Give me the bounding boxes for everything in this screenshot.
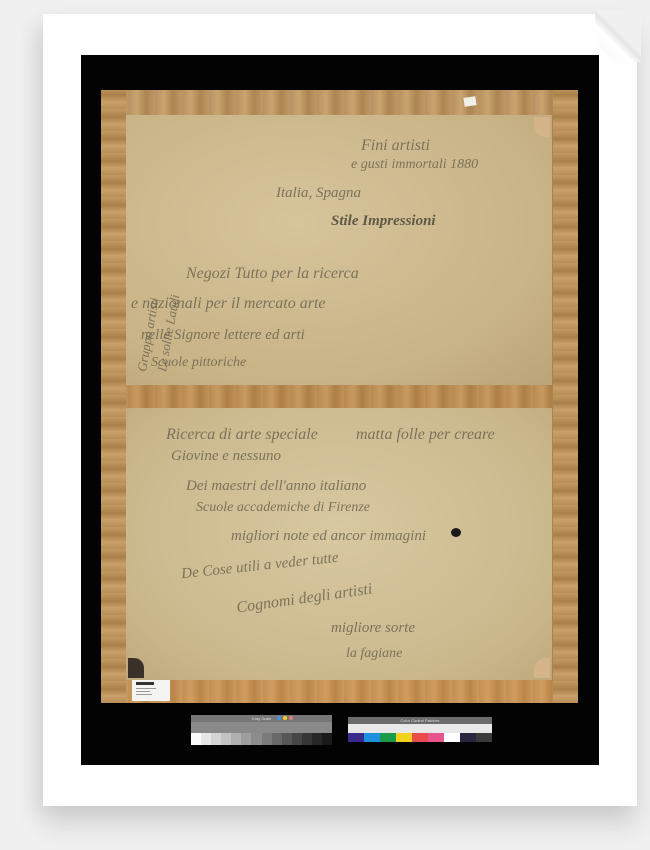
- inscription: Dei maestri dell'anno italiano: [186, 478, 366, 495]
- ink-stain: [451, 528, 461, 537]
- canvas-bottom-panel: Ricerca di arte speciale matta folle per…: [126, 408, 552, 680]
- inscription: e gusti immortali 1880: [351, 157, 478, 173]
- canvas-top-panel: Fini artisti e gusti immortali 1880 Ital…: [126, 115, 552, 385]
- page-curl: [595, 10, 641, 62]
- inscription: migliore sorte: [331, 620, 415, 637]
- bottom-rail: [101, 680, 578, 703]
- right-stile: [553, 90, 578, 703]
- corner-key: [534, 117, 550, 137]
- inscription: De Cose utili a veder tutte: [181, 550, 340, 583]
- color-patch-title: Color Control Patches: [348, 717, 492, 724]
- inscription: Cognomi degli artisti: [235, 581, 373, 618]
- inscription: Ricerca di arte speciale: [166, 426, 318, 444]
- inscription: matta folle per creare: [356, 426, 495, 444]
- inscription: migliori note ed ancor immagini: [231, 528, 426, 545]
- corner-key: [128, 658, 144, 678]
- gray-scale-steps: [191, 733, 332, 745]
- inventory-label: [132, 679, 170, 701]
- middle-crossbar: [101, 385, 578, 408]
- inscription: Stile Impressioni: [331, 213, 436, 230]
- inscription: Scuole accademiche di Firenze: [196, 500, 370, 516]
- inscription: Negozi Tutto per la ricerca: [186, 265, 359, 283]
- gray-scale-title: Gray Scale: [191, 715, 332, 722]
- color-control-patches: Color Control Patches: [348, 717, 492, 742]
- inscription: Giovine e nessuno: [171, 448, 281, 465]
- inscription: Fini artisti: [361, 137, 430, 155]
- left-stile: [101, 90, 126, 703]
- inscription: Italia, Spagna: [276, 185, 361, 202]
- top-rail: [101, 90, 578, 115]
- color-patch-row: [348, 733, 492, 742]
- paper-sticker: [463, 96, 476, 107]
- gray-scale-dots: [277, 716, 293, 720]
- inscription: la fagiane: [346, 646, 402, 662]
- stretcher-frame: Fini artisti e gusti immortali 1880 Ital…: [101, 90, 578, 703]
- corner-key: [534, 658, 550, 678]
- gray-scale-target: Gray Scale: [191, 715, 332, 745]
